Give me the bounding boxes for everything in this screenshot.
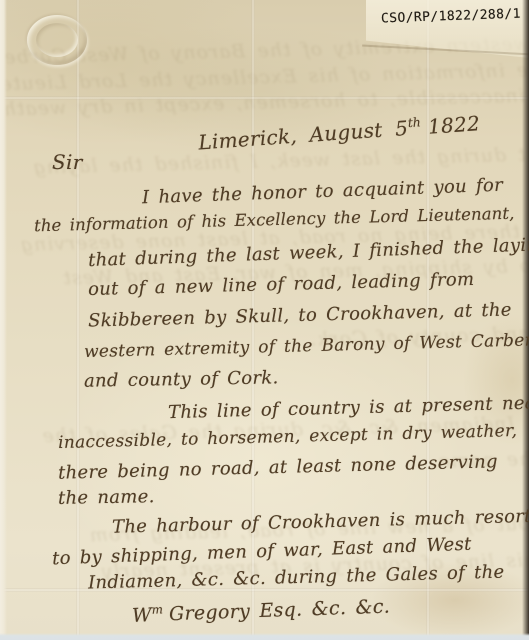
paper-edge-left xyxy=(0,0,7,640)
dateline-year: 1822 xyxy=(427,111,481,139)
scan-edge-bottom xyxy=(0,633,529,640)
letter-body-line: the information of his Excellency the Lo… xyxy=(34,204,515,236)
letter-body-line: Skibbereen by Skull, to Crookhaven, at t… xyxy=(88,299,512,331)
letter-body-line: inaccessible, to horsemen, except in dry… xyxy=(58,421,518,453)
letter-body-line: that during the last week, I finished th… xyxy=(88,234,529,271)
scan-edge-right xyxy=(522,0,529,640)
letter-body-line: there being no road, at least none deser… xyxy=(58,451,498,484)
letter-scan: western extremity of the Barony of West … xyxy=(0,0,529,640)
letter-body-line: I have the honor to acquaint you for xyxy=(142,175,504,209)
dateline-ordinal: th xyxy=(407,114,421,130)
letter-body-line: western extremity of the Barony of West … xyxy=(84,330,529,362)
dateline-place-day: Limerick, August 5 xyxy=(198,116,409,155)
embossed-seal xyxy=(27,15,87,65)
letter-addressee: WmGregory Esq. &c. &c. xyxy=(132,595,391,627)
letter-body-line: out of a new line of road, leading from xyxy=(88,269,475,300)
letter-dateline: Limerick, August 5th1822 xyxy=(197,110,480,154)
horizontal-fold-crease xyxy=(0,96,529,100)
letter-salutation: Sir xyxy=(52,150,83,174)
letter-body-line: This line of country is at present nearl… xyxy=(168,392,529,423)
letter-body-line: the name. xyxy=(58,486,155,509)
letter-body-line: and county of Cork. xyxy=(84,367,279,391)
addressee-superscript: m xyxy=(152,602,164,616)
addressee-initial: W xyxy=(132,604,153,627)
addressee-rest: Gregory Esq. &c. &c. xyxy=(169,596,391,626)
